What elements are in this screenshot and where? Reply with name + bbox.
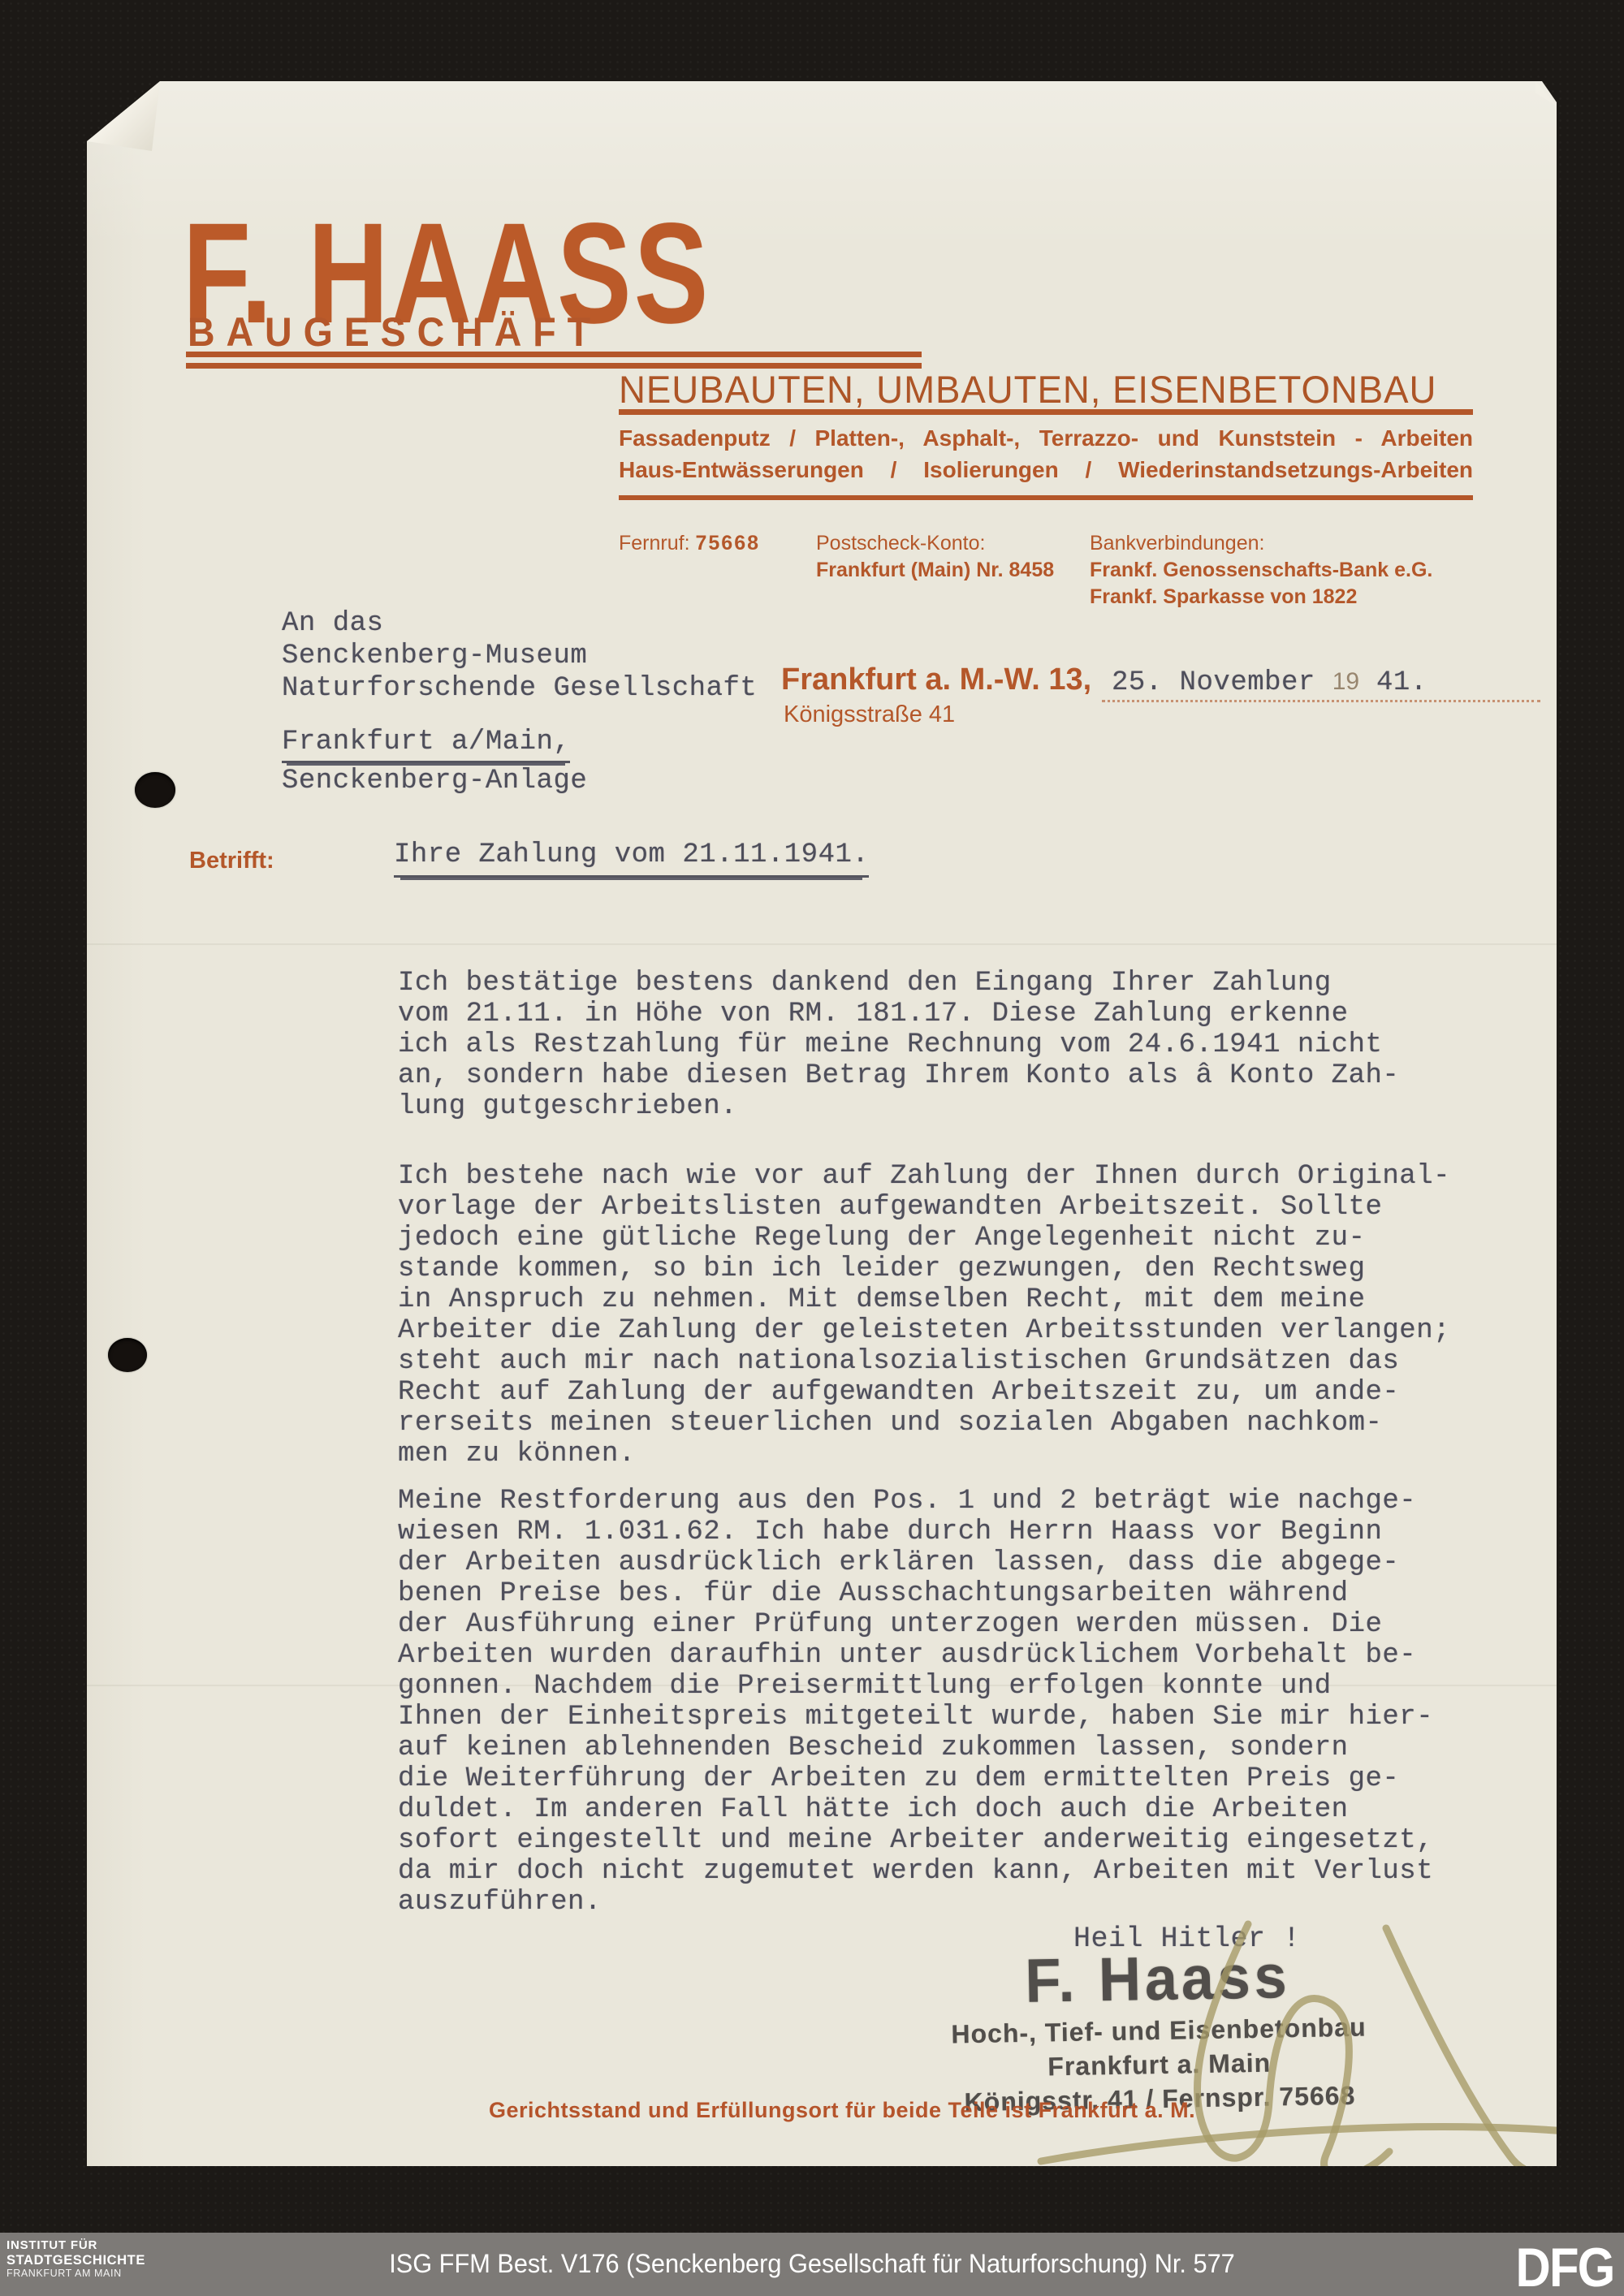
jurisdiction-print: Gerichtsstand und Erfüllungsort für beid… [489, 2098, 1195, 2123]
company-type: BAUGESCHÄFT [188, 309, 602, 356]
bank-block: Bankverbindungen: Frankf. Genossenschaft… [1090, 530, 1432, 611]
body-paragraph-2: Ich bestehe nach wie vor auf Zahlung der… [398, 1161, 1450, 1470]
postal-account-block: Postscheck-Konto: Frankfurt (Main) Nr. 8… [816, 530, 1054, 584]
dfg-logo: DFG [1516, 2236, 1614, 2296]
typed-year: 41. [1376, 667, 1427, 698]
dateline-place: Frankfurt a. M.-W. 13, [781, 662, 1091, 697]
punch-hole [135, 772, 175, 808]
stamp-name: F. Haass [934, 1941, 1382, 2018]
archive-reference-caption: ISG FFM Best. V176 (Senckenberg Gesellsc… [32, 2249, 1592, 2279]
dateline-street: Königsstraße 41 [784, 701, 955, 728]
letterhead-rule [186, 352, 922, 357]
clipped-corner [1535, 81, 1558, 107]
company-stamp: F. Haass Hoch-, Tief- und Eisenbetonbau … [922, 1941, 1396, 2120]
bank-label: Bankverbindungen: [1090, 530, 1432, 557]
phone-label: Fernruf: [619, 532, 690, 555]
letterhead-rule [619, 409, 1473, 415]
body-paragraph-3: Meine Restforderung aus den Pos. 1 und 2… [398, 1486, 1433, 1918]
typed-day-month: 25. November [1112, 667, 1315, 698]
services-line-1: Fassadenputz / Platten-, Asphalt-, Terra… [619, 425, 1473, 451]
bank-line-2: Frankf. Sparkasse von 1822 [1090, 584, 1432, 611]
scanned-letter-page: F. HAASS BAUGESCHÄFT NEUBAUTEN, UMBAUTEN… [0, 0, 1624, 2296]
folded-corner [87, 81, 162, 153]
subject-label: Betrifft: [189, 848, 274, 874]
recipient-city: Frankfurt a/Main, [282, 727, 570, 763]
company-tagline: NEUBAUTEN, UMBAUTEN, EISENBETONBAU [619, 367, 1449, 412]
services-line-2: Haus-Entwässerungen / Isolierungen / Wie… [619, 457, 1473, 483]
dateline-date: 25. November 19 41. [1112, 667, 1427, 698]
archive-caption-bar: INSTITUT FÜR STADTGESCHICHTE FRANKFURT A… [0, 2233, 1624, 2296]
postal-value: Frankfurt (Main) Nr. 8458 [816, 557, 1054, 584]
letterhead-rule [619, 495, 1473, 500]
body-paragraph-1: Ich bestätige bestens dankend den Eingan… [398, 968, 1399, 1122]
punch-hole [108, 1338, 147, 1372]
printed-year-prefix: 19 [1332, 668, 1359, 695]
bank-line-1: Frankf. Genossenschafts-Bank e.G. [1090, 557, 1432, 584]
recipient-street: Senckenberg-Anlage [282, 766, 587, 796]
paper-crease [87, 943, 1557, 945]
recipient-address: An das Senckenberg-Museum Naturforschend… [282, 607, 757, 705]
phone-number: 75668 [695, 532, 760, 555]
subject-text: Ihre Zahlung vom 21.11.1941. [394, 839, 869, 878]
postal-label: Postscheck-Konto: [816, 530, 1054, 557]
phone-block: Fernruf: 75668 [619, 530, 760, 557]
letter-sheet: F. HAASS BAUGESCHÄFT NEUBAUTEN, UMBAUTEN… [87, 81, 1557, 2166]
